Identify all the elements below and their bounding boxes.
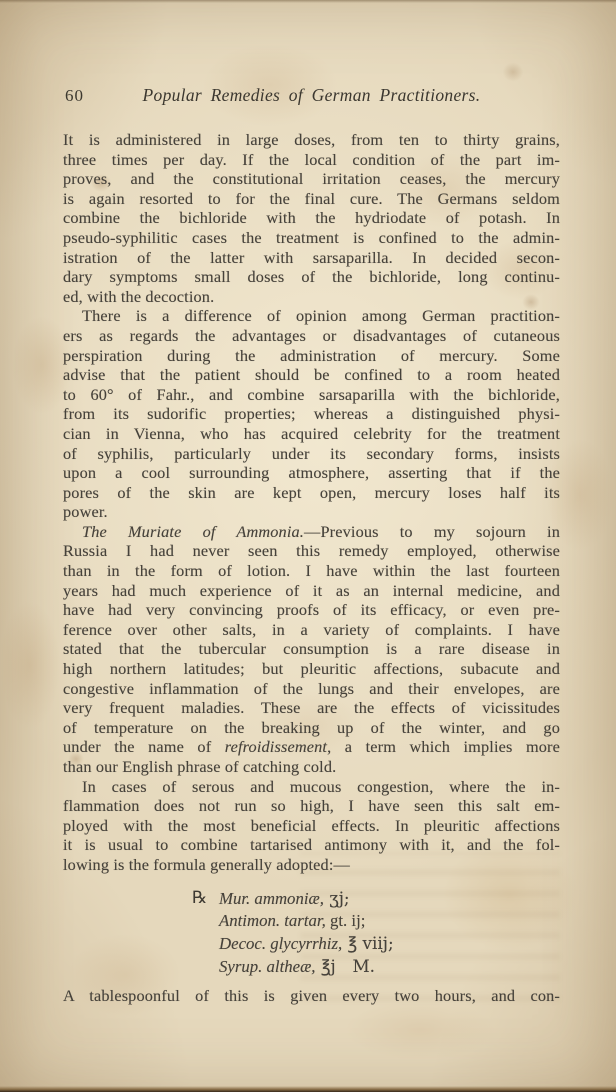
text-line: it is usual to combine tartarised antimo… [63, 835, 560, 855]
paragraph: There is a difference of opinion among G… [63, 306, 560, 522]
paragraph: The Muriate of Ammonia.—Previous to my s… [63, 522, 560, 777]
prescription-line: Antimon. tartar, gt. ij; [219, 910, 560, 932]
text-line: to 60° of Fahr., and combine sarsaparill… [63, 385, 560, 405]
text-segment: ʒj; [324, 888, 350, 908]
text-line: perspiration during the administration o… [63, 346, 560, 366]
text-segment: ℥ viij; [342, 933, 393, 953]
text-segment: There is a difference of opinion among G… [82, 306, 560, 325]
running-title: Popular Remedies of German Practitioners… [63, 85, 560, 106]
text-line: ers as regards the advantages or disadva… [63, 326, 560, 346]
text-segment: pseudo-syphilitic cases the treatment is… [63, 228, 560, 247]
italic-text: Mur. ammoniæ, [219, 889, 324, 908]
prescription-line: Decoc. glycyrrhiz, ℥ viij; [219, 932, 560, 955]
paper-stain [0, 580, 70, 750]
text-line: istration of the latter with sarsaparill… [63, 248, 560, 268]
text-line: In cases of serous and mucous congestion… [63, 777, 560, 797]
text-line: A tablespoonful of this is given every t… [63, 986, 560, 1006]
text-segment: ers as regards the advantages or disadva… [63, 326, 560, 345]
text-segment: It is administered in large doses, from … [63, 130, 560, 149]
text-segment: have had very convincing proofs of its e… [63, 600, 560, 619]
text-line: congestive inflammation of the lungs and… [63, 679, 560, 699]
italic-text: Decoc. glycyrrhiz, [219, 934, 342, 953]
text-segment: ℥j M. [315, 956, 375, 976]
text-segment: than our English phrase of catching cold… [63, 757, 336, 776]
text-segment: ed, with the decoction. [63, 287, 214, 306]
prescription-line: Mur. ammoniæ, ʒj; [219, 887, 560, 910]
text-line: ed, with the decoction. [63, 287, 560, 307]
text-line: three times per day. If the local condit… [63, 150, 560, 170]
text-line: cian in Vienna, who has acquired celebri… [63, 424, 560, 444]
text-line: proves, and the constitutional irritatio… [63, 169, 560, 189]
text-line: dary symptoms small doses of the bichlor… [63, 267, 560, 287]
text-segment: lowing is the formula generally adopted:… [63, 855, 350, 874]
text-line: pseudo-syphilitic cases the treatment is… [63, 228, 560, 248]
text-line: years had much experience of it as an in… [63, 581, 560, 601]
text-segment: from its sudorific properties; whereas a… [63, 404, 560, 423]
text-line: of temperature on the breaking up of the… [63, 718, 560, 738]
text-segment: to 60° of Fahr., and combine sarsaparill… [63, 385, 560, 404]
text-segment: —Previous to my sojourn in [304, 522, 560, 541]
text-segment: it is usual to combine tartarised antimo… [63, 835, 560, 854]
text-line: than our English phrase of catching cold… [63, 757, 560, 777]
text-line: than in the form of lotion. I have withi… [63, 561, 560, 581]
text-line: have had very convincing proofs of its e… [63, 600, 560, 620]
text-line: from its sudorific properties; whereas a… [63, 404, 560, 424]
rx-symbol: ℞ [192, 887, 207, 909]
text-segment: very frequent maladies. These are the ef… [63, 698, 560, 717]
text-segment: ployed with the most beneficial effects.… [63, 816, 560, 835]
text-segment: dary symptoms small doses of the bichlor… [63, 267, 560, 286]
paragraph: In cases of serous and mucous congestion… [63, 777, 560, 875]
text-segment: of syphilis, particularly under its seco… [63, 444, 560, 463]
text-segment: perspiration during the administration o… [63, 346, 560, 365]
text-segment: advise that the patient should be confin… [63, 365, 560, 384]
text-line: The Muriate of Ammonia.—Previous to my s… [63, 522, 560, 542]
text-segment: high northern latitudes; but pleuritic a… [63, 659, 560, 678]
text-segment: than in the form of lotion. I have withi… [63, 561, 560, 580]
text-segment: In cases of serous and mucous congestion… [82, 777, 560, 796]
text-segment: pores of the skin are kept open, mercury… [63, 483, 560, 502]
text-segment: stated that the tubercular consumption i… [63, 639, 560, 658]
text-line: under the name of refroidissement, a ter… [63, 737, 560, 757]
text-line: of syphilis, particularly under its seco… [63, 444, 560, 464]
text-segment: is again resorted to for the final cure.… [63, 189, 560, 208]
text-segment: istration of the latter with sarsaparill… [63, 248, 560, 267]
text-segment: proves, and the constitutional irritatio… [63, 169, 560, 188]
paragraph: It is administered in large doses, from … [63, 130, 560, 306]
page-content: 60 Popular Remedies of German Practition… [63, 85, 560, 1005]
italic-text: Syrup. altheæ, [219, 957, 315, 976]
text-line: There is a difference of opinion among G… [63, 306, 560, 326]
page-bottom-edge [0, 1086, 616, 1092]
text-segment: under the name of [63, 737, 225, 756]
text-segment: flammation does not run so high, I have … [63, 796, 560, 815]
page-top-edge [0, 0, 616, 3]
text-segment: cian in Vienna, who has acquired celebri… [63, 424, 560, 443]
text-line: Russia I had never seen this remedy empl… [63, 541, 560, 561]
text-segment: combine the bichloride with the hydrioda… [63, 208, 560, 227]
text-segment: ference over other salts, in a variety o… [63, 620, 560, 639]
italic-text: refroidissement [225, 737, 327, 756]
text-segment: , a term which implies more [327, 737, 560, 756]
paragraph: A tablespoonful of this is given every t… [63, 986, 560, 1006]
text-segment: congestive inflammation of the lungs and… [63, 679, 560, 698]
text-segment: Russia I had never seen this remedy empl… [63, 541, 560, 560]
text-line: lowing is the formula generally adopted:… [63, 855, 560, 875]
page-number: 60 [65, 86, 84, 106]
text-line: advise that the patient should be confin… [63, 365, 560, 385]
italic-text: Antimon. tartar, [219, 911, 326, 930]
text-segment: power. [63, 502, 108, 521]
book-page: 60 Popular Remedies of German Practition… [0, 0, 616, 1092]
text-segment: three times per day. If the local condit… [63, 150, 560, 169]
text-line: stated that the tubercular consumption i… [63, 639, 560, 659]
paper-speck [500, 60, 526, 84]
text-line: high northern latitudes; but pleuritic a… [63, 659, 560, 679]
text-line: It is administered in large doses, from … [63, 130, 560, 150]
text-segment: A tablespoonful of this is given every t… [63, 986, 560, 1005]
italic-text: The Muriate of Ammonia. [82, 522, 304, 541]
text-line: ployed with the most beneficial effects.… [63, 816, 560, 836]
text-line: upon a cool surrounding atmosphere, asse… [63, 463, 560, 483]
prescription-block: ℞Mur. ammoniæ, ʒj;Antimon. tartar, gt. i… [192, 887, 560, 978]
text-segment: of temperature on the breaking up of the… [63, 718, 560, 737]
text-line: combine the bichloride with the hydrioda… [63, 208, 560, 228]
text-line: is again resorted to for the final cure.… [63, 189, 560, 209]
text-segment: upon a cool surrounding atmosphere, asse… [63, 463, 560, 482]
page-header: 60 Popular Remedies of German Practition… [63, 85, 560, 130]
text-line: very frequent maladies. These are the ef… [63, 698, 560, 718]
text-segment: gt. ij; [326, 911, 366, 930]
page-body: It is administered in large doses, from … [63, 130, 560, 1005]
text-line: pores of the skin are kept open, mercury… [63, 483, 560, 503]
text-line: flammation does not run so high, I have … [63, 796, 560, 816]
text-line: power. [63, 502, 560, 522]
prescription-line: Syrup. altheæ, ℥j M. [219, 955, 560, 978]
text-segment: years had much experience of it as an in… [63, 581, 560, 600]
text-line: ference over other salts, in a variety o… [63, 620, 560, 640]
